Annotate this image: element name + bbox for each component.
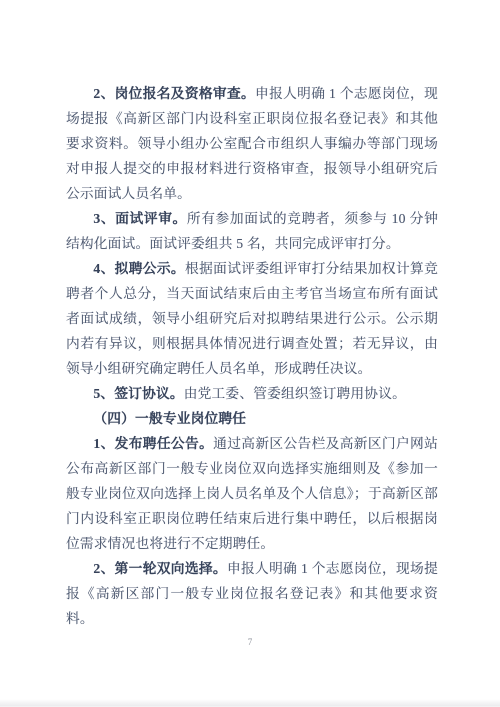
paragraph-lead: 5、签订协议。 xyxy=(93,386,183,401)
paragraph-text: 申报人明确 1 个志愿岗位，现场提报《高新区部门内设科室正职岗位报名登记表》和其… xyxy=(66,86,438,201)
document-body: 2、岗位报名及资格审查。申报人明确 1 个志愿岗位，现场提报《高新区部门内设科室… xyxy=(66,81,438,631)
paragraph-4-publicity: 4、拟聘公示。根据面试评委组评审打分结果加权计算竞聘者个人总分，当天面试结束后由… xyxy=(66,256,438,381)
paragraph-lead: 3、面试评审。 xyxy=(93,211,187,226)
paragraph-2-first-round: 2、第一轮双向选择。申报人明确 1 个志愿岗位，现场提报《高新区部门一般专业岗位… xyxy=(66,556,438,631)
document-page: 2、岗位报名及资格审查。申报人明确 1 个志愿岗位，现场提报《高新区部门内设科室… xyxy=(0,0,500,707)
section-heading-general-positions: （四）一般专业岗位聘任 xyxy=(66,406,438,431)
paragraph-lead: 2、岗位报名及资格审查。 xyxy=(93,86,255,101)
paragraph-text: 通过高新区公告栏及高新区门户网站公布高新区部门一般专业岗位双向选择实施细则及《参… xyxy=(66,436,438,551)
section-heading-text: （四）一般专业岗位聘任 xyxy=(93,411,246,426)
paragraph-2-registration: 2、岗位报名及资格审查。申报人明确 1 个志愿岗位，现场提报《高新区部门内设科室… xyxy=(66,81,438,206)
paragraph-lead: 2、第一轮双向选择。 xyxy=(93,561,227,576)
paragraph-3-interview: 3、面试评审。所有参加面试的竞聘者，须参与 10 分钟结构化面试。面试评委组共 … xyxy=(66,206,438,256)
paragraph-text: 根据面试评委组评审打分结果加权计算竞聘者个人总分，当天面试结束后由主考官当场宣布… xyxy=(66,261,438,376)
paragraph-1-announcement: 1、发布聘任公告。通过高新区公告栏及高新区门户网站公布高新区部门一般专业岗位双向… xyxy=(66,431,438,556)
paragraph-lead: 4、拟聘公示。 xyxy=(93,261,185,276)
scan-bottom-edge xyxy=(0,699,500,707)
page-number: 7 xyxy=(0,635,500,649)
paragraph-text: 由党工委、管委组织签订聘用协议。 xyxy=(184,386,406,401)
paragraph-5-agreement: 5、签订协议。由党工委、管委组织签订聘用协议。 xyxy=(66,381,438,406)
paragraph-lead: 1、发布聘任公告。 xyxy=(93,436,213,451)
